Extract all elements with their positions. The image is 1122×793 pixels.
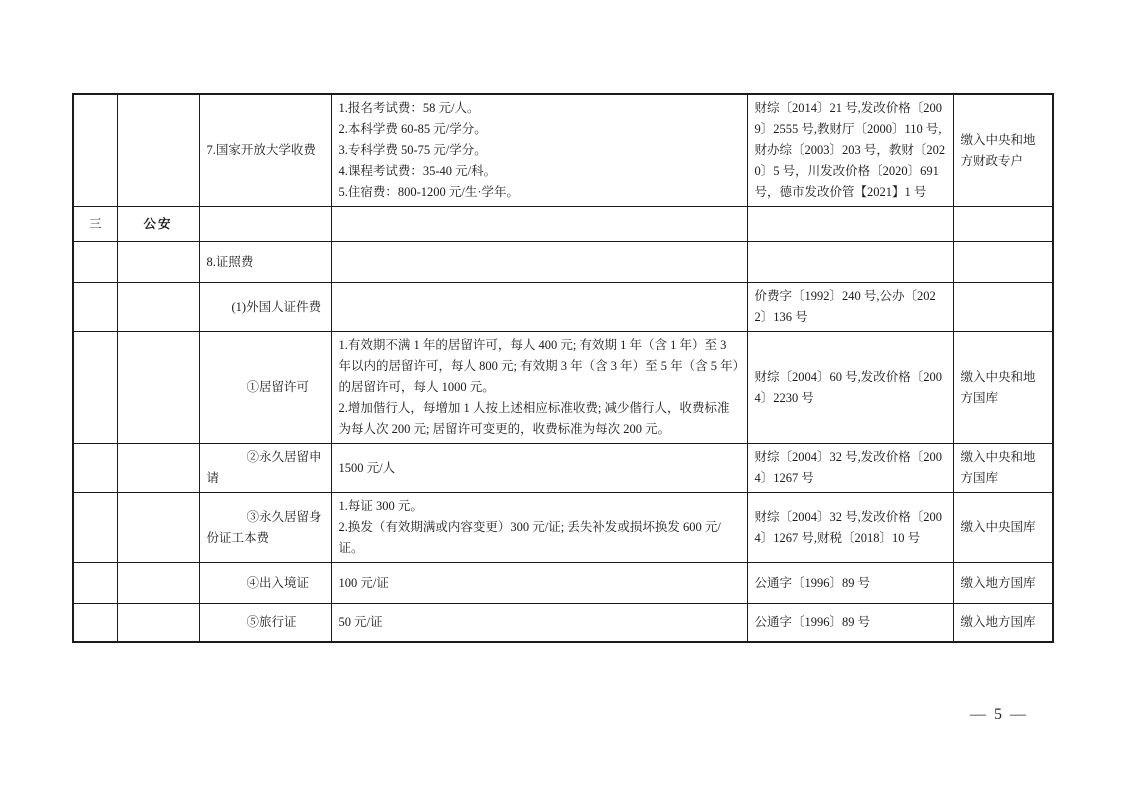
table-cell-fee: 1500 元/人: [331, 444, 747, 493]
table-cell-category: [117, 242, 199, 283]
table-cell-seq: [73, 283, 117, 332]
table-cell-seq: [73, 563, 117, 604]
table-cell-fee: 1.每证 300 元。 2.换发（有效期满或内容变更）300 元/证; 丢失补发…: [331, 493, 747, 563]
table-cell-item: ⑤旅行证: [199, 604, 331, 642]
table-row: ④出入境证 100 元/证 公通字〔1996〕89 号 缴入地方国库: [73, 563, 1053, 604]
table-cell-category: [117, 493, 199, 563]
table-cell-destination: [953, 242, 1053, 283]
table-cell-item: [199, 207, 331, 242]
table-row: (1)外国人证件费 价费字〔1992〕240 号,公办〔2022〕136 号: [73, 283, 1053, 332]
table-cell-seq: [73, 444, 117, 493]
table-cell-item: ③永久居留身份证工本费: [199, 493, 331, 563]
table-cell-basis: [747, 207, 953, 242]
table-cell-item: ①居留许可: [199, 332, 331, 444]
table-cell-basis: 财综〔2004〕32 号,发改价格〔2004〕1267 号: [747, 444, 953, 493]
table-row: ⑤旅行证 50 元/证 公通字〔1996〕89 号 缴入地方国库: [73, 604, 1053, 642]
fee-schedule-table: 7.国家开放大学收费 1.报名考试费：58 元/人。 2.本科学费 60-85 …: [72, 93, 1054, 643]
table-cell-basis: 公通字〔1996〕89 号: [747, 604, 953, 642]
table-row: 7.国家开放大学收费 1.报名考试费：58 元/人。 2.本科学费 60-85 …: [73, 94, 1053, 207]
table-row: ③永久居留身份证工本费 1.每证 300 元。 2.换发（有效期满或内容变更）3…: [73, 493, 1053, 563]
table-cell-seq: [73, 242, 117, 283]
table-cell-category: [117, 283, 199, 332]
table-cell-category: [117, 563, 199, 604]
table-cell-destination: 缴入地方国库: [953, 563, 1053, 604]
table-cell-destination: [953, 207, 1053, 242]
table-row: ①居留许可 1.有效期不满 1 年的居留许可，每人 400 元; 有效期 1 年…: [73, 332, 1053, 444]
table-cell-fee: [331, 207, 747, 242]
table-cell-seq: [73, 332, 117, 444]
table-cell-destination: 缴入中央和地方国库: [953, 332, 1053, 444]
table-cell-item: 8.证照费: [199, 242, 331, 283]
table-cell-seq: 三: [73, 207, 117, 242]
table-cell-fee: [331, 242, 747, 283]
table-cell-item: ④出入境证: [199, 563, 331, 604]
document-page: 7.国家开放大学收费 1.报名考试费：58 元/人。 2.本科学费 60-85 …: [0, 0, 1122, 793]
table-cell-fee: 100 元/证: [331, 563, 747, 604]
table-cell-basis: 价费字〔1992〕240 号,公办〔2022〕136 号: [747, 283, 953, 332]
table-cell-destination: 缴入中央和地方国库: [953, 444, 1053, 493]
page-number: — 5 —: [970, 706, 1028, 724]
table-cell-fee: 1.报名考试费：58 元/人。 2.本科学费 60-85 元/学分。 3.专科学…: [331, 94, 747, 207]
table-cell-fee: 1.有效期不满 1 年的居留许可，每人 400 元; 有效期 1 年（含 1 年…: [331, 332, 747, 444]
table-cell-basis: 财综〔2004〕60 号,发改价格〔2004〕2230 号: [747, 332, 953, 444]
table-cell-item: ②永久居留申请: [199, 444, 331, 493]
table-cell-category: 公安: [117, 207, 199, 242]
table-cell-fee: 50 元/证: [331, 604, 747, 642]
table-cell-basis: 财综〔2014〕21 号,发改价格〔2009〕2555 号,教财厅〔2000〕1…: [747, 94, 953, 207]
table-cell-destination: 缴入中央和地方财政专户: [953, 94, 1053, 207]
table-cell-item: (1)外国人证件费: [199, 283, 331, 332]
table-cell-basis: 财综〔2004〕32 号,发改价格〔2004〕1267 号,财税〔2018〕10…: [747, 493, 953, 563]
table-cell-basis: [747, 242, 953, 283]
table-cell-destination: 缴入中央国库: [953, 493, 1053, 563]
table-cell-seq: [73, 94, 117, 207]
table-row: 8.证照费: [73, 242, 1053, 283]
table-cell-category: [117, 94, 199, 207]
table-cell-item: 7.国家开放大学收费: [199, 94, 331, 207]
table-row: ②永久居留申请 1500 元/人 财综〔2004〕32 号,发改价格〔2004〕…: [73, 444, 1053, 493]
table-cell-seq: [73, 493, 117, 563]
table-cell-destination: [953, 283, 1053, 332]
table-cell-category: [117, 444, 199, 493]
table-cell-category: [117, 604, 199, 642]
table-row: 三 公安: [73, 207, 1053, 242]
table-cell-category: [117, 332, 199, 444]
table-cell-fee: [331, 283, 747, 332]
table-cell-destination: 缴入地方国库: [953, 604, 1053, 642]
table-cell-seq: [73, 604, 117, 642]
table-cell-basis: 公通字〔1996〕89 号: [747, 563, 953, 604]
